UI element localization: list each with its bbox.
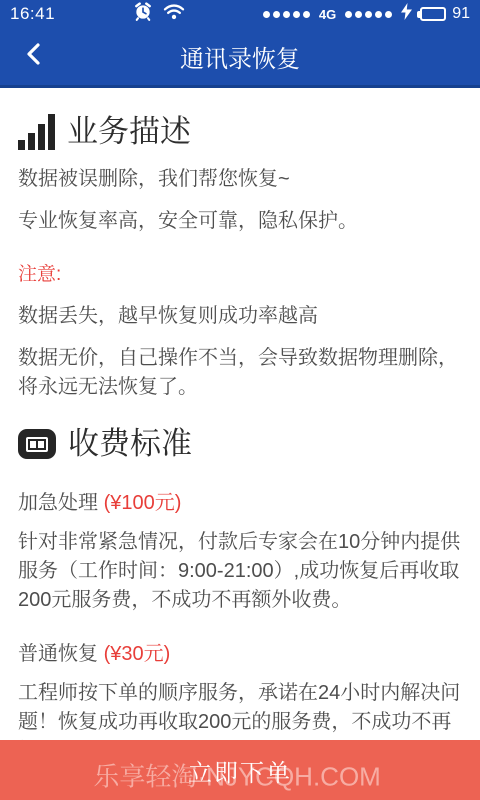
alarm-clock-icon — [133, 2, 153, 27]
normal-plan-name: 普通恢复 — [18, 643, 104, 665]
urgent-plan-row: 加急处理 (¥100元) — [18, 486, 462, 515]
urgent-plan-description: 针对非常紧急情况，付款后专家会在10分钟内提供服务（工作时间：9:00-21:0… — [18, 528, 462, 615]
normal-plan-row: 普通恢复 (¥30元) — [18, 637, 462, 666]
content-area: 业务描述 数据被误删除，我们帮您恢复~ 专业恢复率高，安全可靠，隐私保护。 注意… — [0, 88, 480, 740]
back-button[interactable] — [12, 28, 56, 85]
business-heading-label: 业务描述 — [67, 112, 191, 152]
pricing-section-heading: 收费标准 — [18, 424, 462, 464]
order-now-button[interactable]: 乐享轻淘·NJYCQH.COM 立即下单 — [0, 740, 480, 800]
normal-plan-price: (¥30元) — [104, 643, 171, 665]
urgent-plan-name: 加急处理 — [18, 492, 104, 514]
page-title: 通讯录恢复 — [0, 39, 480, 74]
wallet-icon — [18, 429, 56, 459]
network-type-label: 4G — [319, 7, 336, 22]
business-line-1: 数据被误删除，我们帮您恢复~ — [18, 165, 462, 194]
battery-percent: 91 — [452, 5, 470, 23]
normal-plan-description: 工程师按下单的顺序服务，承诺在24小时内解决问题！恢复成功再收取200元的服务费… — [18, 679, 462, 740]
business-section-heading: 业务描述 — [18, 112, 462, 152]
urgent-plan-price: (¥100元) — [104, 492, 182, 514]
battery-icon — [417, 7, 447, 21]
signal-dots-left — [263, 11, 310, 18]
charging-bolt-icon — [401, 3, 412, 25]
status-right-icons: 4G 91 — [259, 3, 470, 25]
order-button-label: 立即下单 — [188, 753, 292, 788]
app-screen: 16:41 — [0, 0, 480, 800]
nav-bar: 通讯录恢复 — [0, 28, 480, 88]
wifi-icon — [163, 3, 185, 26]
signal-dots-right — [345, 11, 392, 18]
notice-line-1: 数据丢失，越早恢复则成功率越高 — [18, 302, 462, 331]
pricing-heading-label: 收费标准 — [68, 424, 192, 464]
status-center-icons — [133, 2, 185, 27]
status-bar: 16:41 — [0, 0, 480, 28]
notice-line-2: 数据无价，自己操作不当，会导致数据物理删除，将永远无法恢复了。 — [18, 344, 462, 402]
back-chevron-icon — [21, 41, 47, 72]
status-time: 16:41 — [10, 4, 55, 24]
business-line-2: 专业恢复率高，安全可靠，隐私保护。 — [18, 207, 462, 236]
bar-chart-icon — [18, 114, 55, 150]
notice-label: 注意: — [18, 260, 462, 289]
